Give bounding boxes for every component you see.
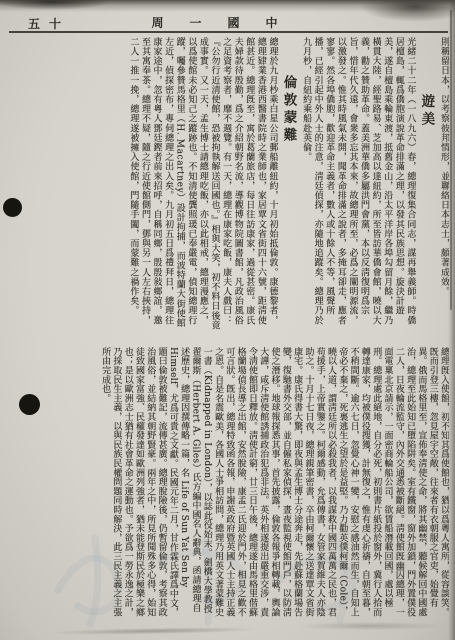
section-kidnapped-in-london-continued-text: 總理旣入使館，初不知其爲使館也，猶以爲粵人寓所，從容談笑。旣而引登三樓，忽見屋宇…: [99, 347, 449, 621]
header-rule: [9, 31, 448, 33]
article-body-top: 則稱留日本，以考察彼邦情形，並聯絡日本志士，頗著成效。 遊美 光緒二十二年（一八…: [9, 37, 449, 334]
scan-fold-streak: [450, 10, 452, 310]
section-travel-to-america-text: 光緒二十二年（一八九六）春，總理復集合同志，謀再舉義師。時僑居檀島，輒爲僑胞演說…: [299, 37, 415, 334]
publication-title: 周一國中: [151, 14, 303, 31]
section-heading-kidnapped-in-london: 倫敦蒙難: [277, 37, 299, 334]
page-header: 五十 周一國中: [0, 12, 455, 32]
scanned-magazine-page: 五十 周一國中 則稱留日本，以考察彼邦情形，並聯絡日本志士，頗著成效。 遊美 光…: [0, 0, 455, 640]
section-heading-travel-to-america: 遊美: [415, 37, 437, 334]
page-number: 五十: [28, 15, 70, 32]
article-body-bottom: 總理旣入使館，初不知其爲使館也，猶以爲粵人寓所，從容談笑。旣而引登三樓，忽見屋宇…: [8, 347, 449, 621]
previous-section-ending-text: 則稱留日本，以考察彼邦情形，並聯絡日本志士，頗著成效。: [437, 37, 449, 334]
section-kidnapped-in-london-text: 總理於九月杪乘白星公司郵船離紐約，十月初始抵倫敦。康德黎者，總理肄業香港西醫書院…: [127, 37, 278, 334]
